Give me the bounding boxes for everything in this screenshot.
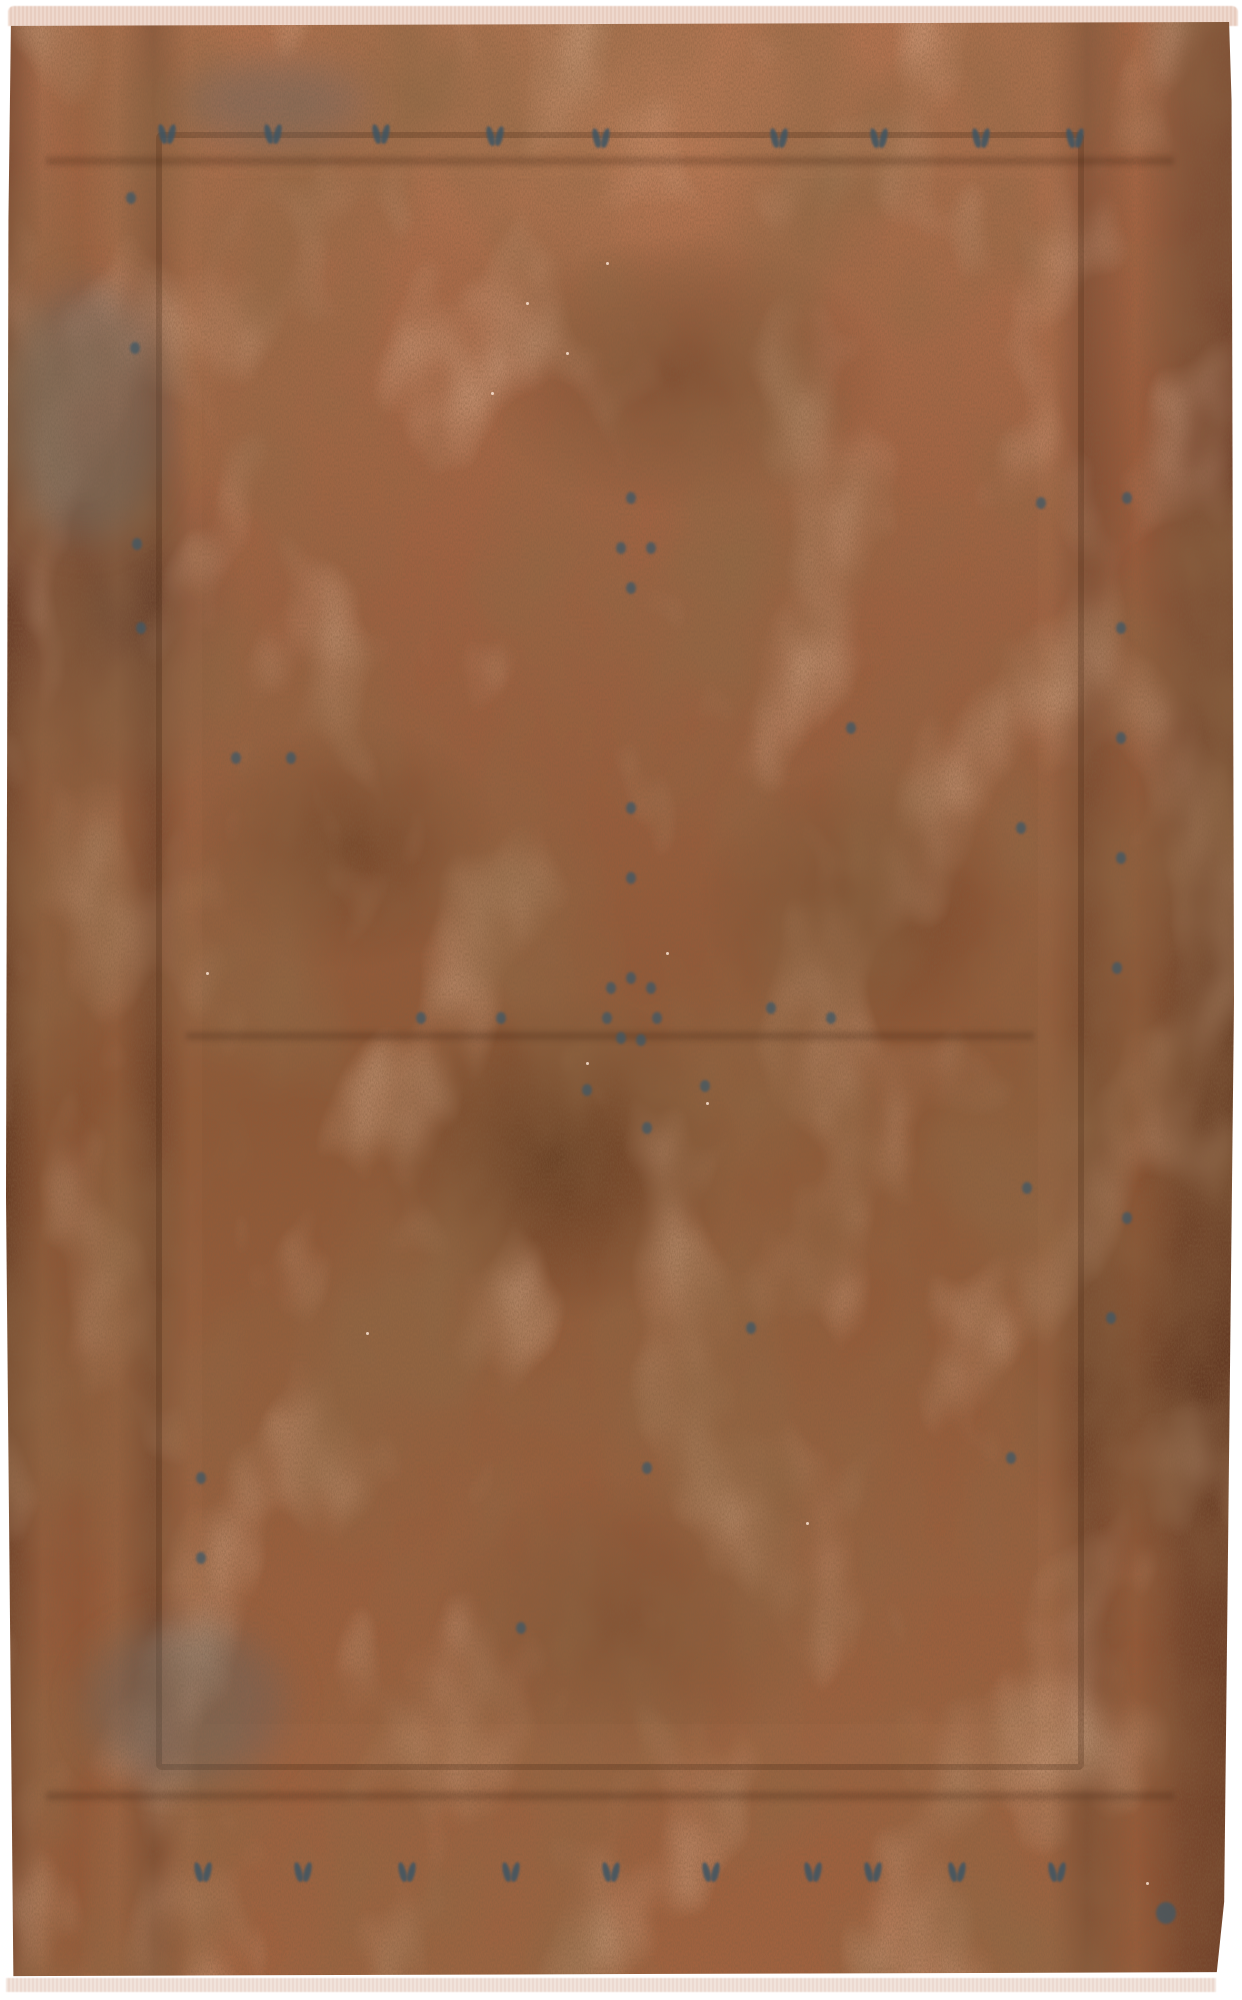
blue-dot-motif <box>1006 1452 1016 1464</box>
blue-corner-motif <box>1156 1902 1176 1924</box>
product-photo <box>0 0 1242 2000</box>
blue-dot-motif <box>616 1032 626 1044</box>
tulip-motif <box>500 1860 522 1886</box>
worn-speck <box>806 1522 809 1525</box>
tulip-motif <box>370 122 392 148</box>
tulip-motif <box>192 1860 214 1886</box>
tulip-motif <box>292 1860 314 1886</box>
blue-dot-motif <box>130 342 140 354</box>
tulip-motif <box>600 1860 622 1886</box>
blue-faded-patch <box>6 282 166 542</box>
blue-dot-motif <box>416 1012 426 1024</box>
blue-dot-motif <box>616 542 626 554</box>
blue-dot-motif <box>700 1080 710 1092</box>
rug-bottom-fringe <box>6 1978 1216 1992</box>
blue-dot-motif <box>286 752 296 764</box>
tulip-motif <box>862 1860 884 1886</box>
worn-speck <box>606 262 609 265</box>
blue-dot-motif <box>196 1472 206 1484</box>
blue-dot-motif <box>1112 962 1122 974</box>
tulip-motif <box>1064 126 1086 152</box>
tulip-motif <box>970 126 992 152</box>
blue-dot-motif <box>746 1322 756 1334</box>
blue-dot-motif <box>132 538 142 550</box>
worn-speck <box>586 1062 589 1065</box>
worn-speck <box>366 1332 369 1335</box>
blue-dot-motif <box>626 872 636 884</box>
blue-dot-motif <box>1116 622 1126 634</box>
tulip-motif <box>1046 1860 1068 1886</box>
worn-speck <box>666 952 669 955</box>
worn-speck <box>566 352 569 355</box>
blue-dot-motif <box>582 1084 592 1096</box>
worn-speck <box>206 972 209 975</box>
blue-dot-motif <box>1122 1212 1132 1224</box>
blue-dot-motif <box>826 1012 836 1024</box>
worn-speck <box>1146 1882 1149 1885</box>
blue-dot-motif <box>1022 1182 1032 1194</box>
blue-dot-motif <box>646 542 656 554</box>
tulip-motif <box>396 1860 418 1886</box>
blue-dot-motif <box>516 1622 526 1634</box>
blue-dot-motif <box>626 492 636 504</box>
blue-dot-motif <box>1122 492 1132 504</box>
blue-dot-motif <box>1016 822 1026 834</box>
blue-dot-motif <box>626 972 636 984</box>
rug <box>6 22 1234 1980</box>
blue-dot-motif <box>1116 732 1126 744</box>
blue-dot-motif <box>136 622 146 634</box>
blue-dot-motif <box>766 1002 776 1014</box>
blue-dot-motif <box>626 802 636 814</box>
blue-dot-motif <box>126 192 136 204</box>
blue-dot-motif <box>196 1552 206 1564</box>
tulip-motif <box>700 1860 722 1886</box>
blue-dot-motif <box>646 982 656 994</box>
worn-speck <box>706 1102 709 1105</box>
rug-motifs <box>6 22 1234 1980</box>
tulip-motif <box>802 1860 824 1886</box>
blue-dot-motif <box>652 1012 662 1024</box>
worn-speck <box>526 302 529 305</box>
tulip-motif <box>768 126 790 152</box>
tulip-motif <box>156 122 178 148</box>
blue-dot-motif <box>642 1462 652 1474</box>
blue-dot-motif <box>846 722 856 734</box>
tulip-motif <box>484 124 506 150</box>
blue-faded-patch <box>86 1622 286 1782</box>
blue-dot-motif <box>626 582 636 594</box>
blue-dot-motif <box>642 1122 652 1134</box>
tulip-motif <box>868 126 890 152</box>
blue-dot-motif <box>1106 1312 1116 1324</box>
blue-dot-motif <box>606 982 616 994</box>
blue-dot-motif <box>1036 497 1046 509</box>
tulip-motif <box>946 1860 968 1886</box>
blue-dot-motif <box>1116 852 1126 864</box>
blue-dot-motif <box>231 752 241 764</box>
tulip-motif <box>262 122 284 148</box>
blue-dot-motif <box>636 1034 646 1046</box>
blue-dot-motif <box>496 1012 506 1024</box>
blue-dot-motif <box>602 1012 612 1024</box>
worn-speck <box>491 392 494 395</box>
tulip-motif <box>590 126 612 152</box>
